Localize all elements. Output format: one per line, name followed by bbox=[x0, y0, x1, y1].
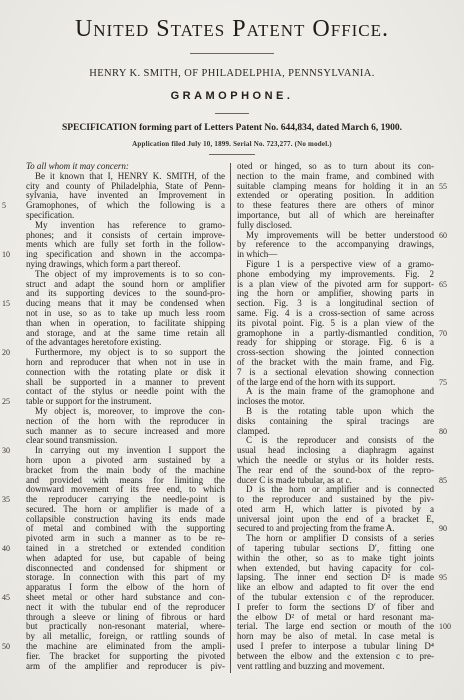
inventor-line: HENRY K. SMITH, OF PHILADELPHIA, PENNSYL… bbox=[0, 68, 464, 79]
line-number: 5 bbox=[2, 201, 20, 211]
line-number: 70 bbox=[439, 329, 461, 339]
line-number: 20 bbox=[2, 348, 20, 358]
line-number: 85 bbox=[439, 476, 461, 486]
line-number: 65 bbox=[439, 280, 461, 290]
line-number: 50 bbox=[2, 642, 20, 652]
line-number: 100 bbox=[439, 622, 461, 632]
line-number: 60 bbox=[439, 231, 461, 241]
line-number: 75 bbox=[439, 378, 461, 388]
column-divider-rule bbox=[230, 163, 231, 673]
invention-title: GRAMOPHONE. bbox=[0, 90, 464, 102]
right-text-column: oted or hinged, so as to turn about its … bbox=[237, 162, 434, 671]
patent-document-page: United States Patent Office. HENRY K. SM… bbox=[0, 0, 464, 700]
line-number: 90 bbox=[439, 524, 461, 534]
text-line: arm of the amplifier and reproducer is p… bbox=[26, 662, 225, 672]
title-divider-rule bbox=[215, 113, 249, 114]
line-number: 10 bbox=[2, 250, 20, 260]
spec-divider-rule bbox=[209, 154, 255, 155]
office-title: United States Patent Office. bbox=[0, 16, 464, 43]
line-number: 55 bbox=[439, 182, 461, 192]
text-line: vent rattling and buzzing and movement. bbox=[237, 662, 434, 672]
application-line: Application filed July 10, 1899. Serial … bbox=[0, 140, 464, 148]
line-number: 30 bbox=[2, 446, 20, 456]
line-number: 45 bbox=[2, 593, 20, 603]
line-number: 15 bbox=[2, 299, 20, 309]
line-number: 35 bbox=[2, 495, 20, 505]
specification-line: SPECIFICATION forming part of Letters Pa… bbox=[0, 123, 464, 133]
line-number: 95 bbox=[439, 573, 461, 583]
line-number: 40 bbox=[2, 544, 20, 554]
left-text-column: To all whom it may concern:Be it known t… bbox=[26, 162, 225, 671]
line-number: 25 bbox=[2, 397, 20, 407]
header-divider-rule bbox=[190, 53, 274, 54]
line-number: 80 bbox=[439, 427, 461, 437]
